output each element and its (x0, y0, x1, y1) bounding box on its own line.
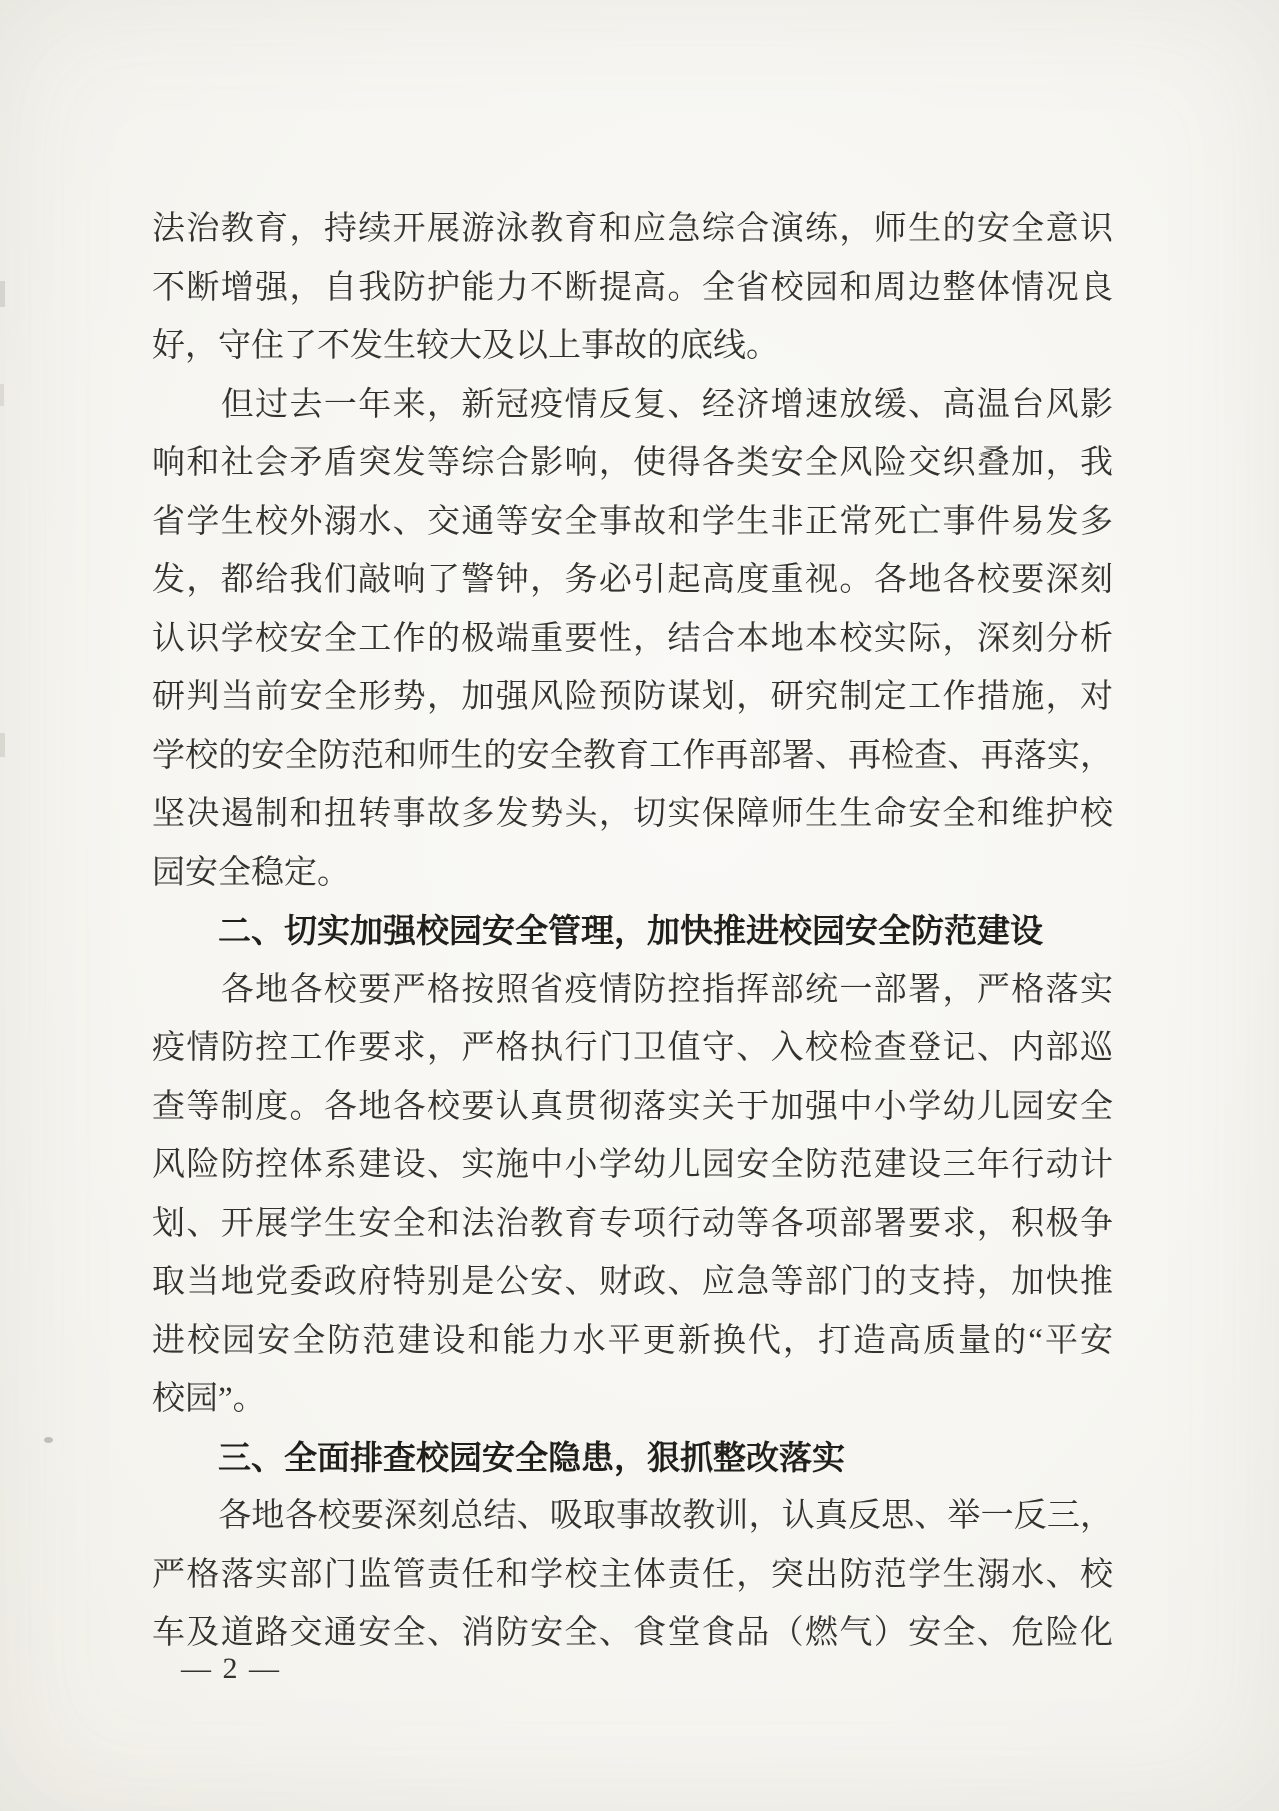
text-line: 不断增强，自我防护能力不断提高。全省校园和周边整体情况良 (152, 259, 1113, 318)
text-line: 好，守住了不发生较大及以上事故的底线。 (152, 317, 1113, 376)
text-line: 坚决遏制和扭转事故多发势头，切实保障师生生命安全和维护校 (152, 785, 1113, 844)
text-line: 划、开展学生安全和法治教育专项行动等各项部署要求，积极争 (152, 1195, 1113, 1254)
text-line: 疫情防控工作要求，严格执行门卫值守、入校检查登记、内部巡 (152, 1019, 1113, 1078)
text-line: 严格落实部门监管责任和学校主体责任，突出防范学生溺水、校 (152, 1546, 1113, 1605)
text-line: 查等制度。各地各校要认真贯彻落实关于加强中小学幼儿园安全 (152, 1078, 1113, 1137)
scan-artifact (44, 1437, 53, 1443)
text-line: 发，都给我们敲响了警钟，务必引起高度重视。各地各校要深刻 (152, 551, 1113, 610)
scanned-document-page: 法治教育，持续开展游泳教育和应急综合演练，师生的安全意识不断增强，自我防护能力不… (0, 0, 1279, 1811)
text-line: 研判当前安全形势，加强风险预防谋划，研究制定工作措施，对 (152, 668, 1113, 727)
text-line: 进校园安全防范建设和能力水平更新换代，打造高质量的“平安 (152, 1312, 1113, 1371)
scan-artifact (0, 384, 4, 406)
text-line: 园安全稳定。 (152, 844, 1113, 903)
text-line: 省学生校外溺水、交通等安全事故和学生非正常死亡事件易发多 (152, 493, 1113, 552)
heading-line: 二、切实加强校园安全管理，加快推进校园安全防范建设 (152, 902, 1113, 961)
document-body: 法治教育，持续开展游泳教育和应急综合演练，师生的安全意识不断增强，自我防护能力不… (152, 200, 1113, 1663)
text-line: 校园”。 (152, 1370, 1113, 1429)
text-line: 风险防控体系建设、实施中小学幼儿园安全防范建设三年行动计 (152, 1136, 1113, 1195)
text-line: 但过去一年来，新冠疫情反复、经济增速放缓、高温台风影 (152, 376, 1113, 435)
text-line: 认识学校安全工作的极端重要性，结合本地本校实际，深刻分析 (152, 610, 1113, 669)
text-line: 各地各校要深刻总结、吸取事故教训，认真反思、举一反三， (152, 1487, 1113, 1546)
text-line: 学校的安全防范和师生的安全教育工作再部署、再检查、再落实， (152, 727, 1113, 786)
text-line: 取当地党委政府特别是公安、财政、应急等部门的支持，加快推 (152, 1253, 1113, 1312)
text-line: 法治教育，持续开展游泳教育和应急综合演练，师生的安全意识 (152, 200, 1113, 259)
heading-line: 三、全面排查校园安全隐患，狠抓整改落实 (152, 1429, 1113, 1488)
text-line: 响和社会矛盾突发等综合影响，使得各类安全风险交织叠加，我 (152, 434, 1113, 493)
scan-artifact (0, 281, 5, 307)
text-line: 各地各校要严格按照省疫情防控指挥部统一部署，严格落实 (152, 961, 1113, 1020)
page-number: — 2 — (181, 1652, 281, 1686)
scan-artifact (0, 733, 5, 757)
text-line: 车及道路交通安全、消防安全、食堂食品（燃气）安全、危险化 (152, 1604, 1113, 1663)
